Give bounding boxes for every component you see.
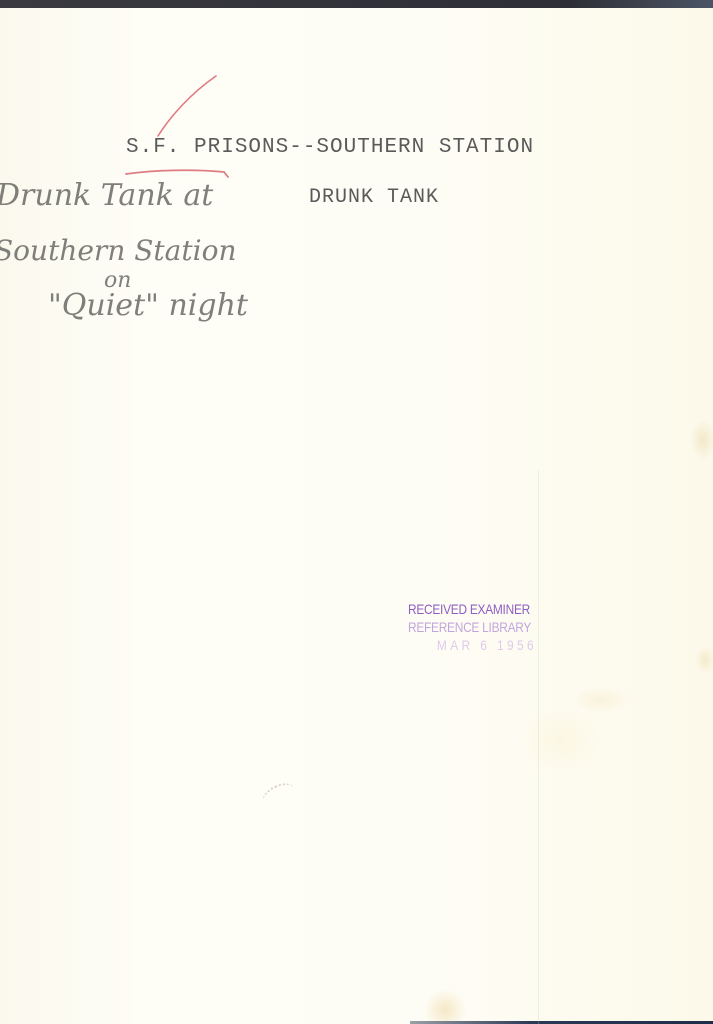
handwritten-note-line-1: Drunk Tank at xyxy=(0,178,213,213)
handwritten-note-line-2: Southern Station xyxy=(0,234,236,267)
red-check-mark-icon xyxy=(150,72,220,142)
handwritten-note-line-4: "Quiet" night xyxy=(48,288,248,323)
typed-caption-title: S.F. PRISONS--SOUTHERN STATION xyxy=(126,136,534,159)
paper-crease xyxy=(538,470,539,1024)
stamp-line-library: REFERENCE LIBRARY xyxy=(408,618,537,636)
typed-caption-subtitle: DRUNK TANK xyxy=(309,186,439,209)
stamp-line-received: RECEIVED EXAMINER xyxy=(408,600,537,618)
stamp-line-date: MAR 6 1956 xyxy=(408,636,537,654)
received-date-stamp: RECEIVED EXAMINER REFERENCE LIBRARY MAR … xyxy=(408,600,537,654)
scan-top-edge xyxy=(0,0,713,8)
